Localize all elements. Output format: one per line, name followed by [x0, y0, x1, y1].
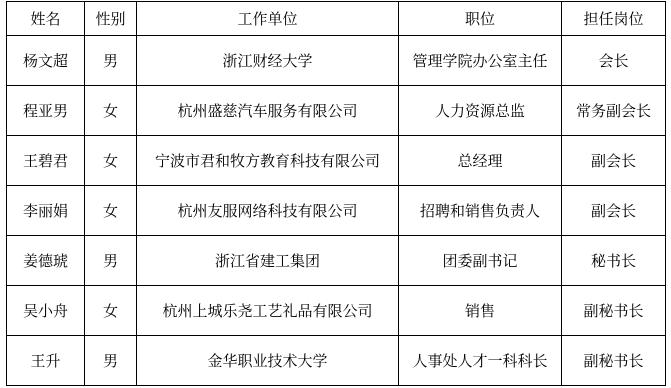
header-name: 姓名 — [7, 2, 85, 36]
cell-role: 会长 — [562, 36, 666, 86]
cell-gender: 男 — [85, 236, 137, 286]
cell-role: 秘书长 — [562, 236, 666, 286]
cell-name: 王碧君 — [7, 136, 85, 186]
cell-organization: 浙江财经大学 — [137, 36, 399, 86]
cell-role: 副秘书长 — [562, 336, 666, 386]
cell-gender: 女 — [85, 286, 137, 336]
cell-name: 杨文超 — [7, 36, 85, 86]
cell-role: 常务副会长 — [562, 86, 666, 136]
cell-organization: 杭州友服网络科技有限公司 — [137, 186, 399, 236]
table-row: 王升 男 金华职业技术大学 人事处人才一科科长 副秘书长 — [7, 336, 666, 386]
cell-position: 团委副书记 — [399, 236, 562, 286]
cell-role: 副会长 — [562, 136, 666, 186]
table-header-row: 姓名 性别 工作单位 职位 担任岗位 — [7, 2, 666, 36]
table-row: 李丽娟 女 杭州友服网络科技有限公司 招聘和销售负责人 副会长 — [7, 186, 666, 236]
cell-position: 总经理 — [399, 136, 562, 186]
cell-name: 吴小舟 — [7, 286, 85, 336]
cell-gender: 女 — [85, 186, 137, 236]
cell-gender: 男 — [85, 336, 137, 386]
table-row: 程亚男 女 杭州盛慈汽车服务有限公司 人力资源总监 常务副会长 — [7, 86, 666, 136]
cell-position: 销售 — [399, 286, 562, 336]
cell-role: 副会长 — [562, 186, 666, 236]
cell-organization: 杭州上城乐尧工艺礼品有限公司 — [137, 286, 399, 336]
cell-gender: 女 — [85, 86, 137, 136]
cell-name: 程亚男 — [7, 86, 85, 136]
header-gender: 性别 — [85, 2, 137, 36]
table-row: 姜德琥 男 浙江省建工集团 团委副书记 秘书长 — [7, 236, 666, 286]
header-organization: 工作单位 — [137, 2, 399, 36]
table-row: 吴小舟 女 杭州上城乐尧工艺礼品有限公司 销售 副秘书长 — [7, 286, 666, 336]
table-row: 杨文超 男 浙江财经大学 管理学院办公室主任 会长 — [7, 36, 666, 86]
cell-position: 人力资源总监 — [399, 86, 562, 136]
cell-organization: 杭州盛慈汽车服务有限公司 — [137, 86, 399, 136]
cell-organization: 浙江省建工集团 — [137, 236, 399, 286]
table-row: 王碧君 女 宁波市君和牧方教育科技有限公司 总经理 副会长 — [7, 136, 666, 186]
header-role: 担任岗位 — [562, 2, 666, 36]
cell-organization: 宁波市君和牧方教育科技有限公司 — [137, 136, 399, 186]
cell-name: 姜德琥 — [7, 236, 85, 286]
cell-gender: 女 — [85, 136, 137, 186]
cell-position: 管理学院办公室主任 — [399, 36, 562, 86]
header-position: 职位 — [399, 2, 562, 36]
member-roster-table: 姓名 性别 工作单位 职位 担任岗位 杨文超 男 浙江财经大学 管理学院办公室主… — [6, 1, 666, 386]
cell-organization: 金华职业技术大学 — [137, 336, 399, 386]
cell-name: 王升 — [7, 336, 85, 386]
cell-role: 副秘书长 — [562, 286, 666, 336]
cell-position: 招聘和销售负责人 — [399, 186, 562, 236]
cell-position: 人事处人才一科科长 — [399, 336, 562, 386]
cell-name: 李丽娟 — [7, 186, 85, 236]
cell-gender: 男 — [85, 36, 137, 86]
